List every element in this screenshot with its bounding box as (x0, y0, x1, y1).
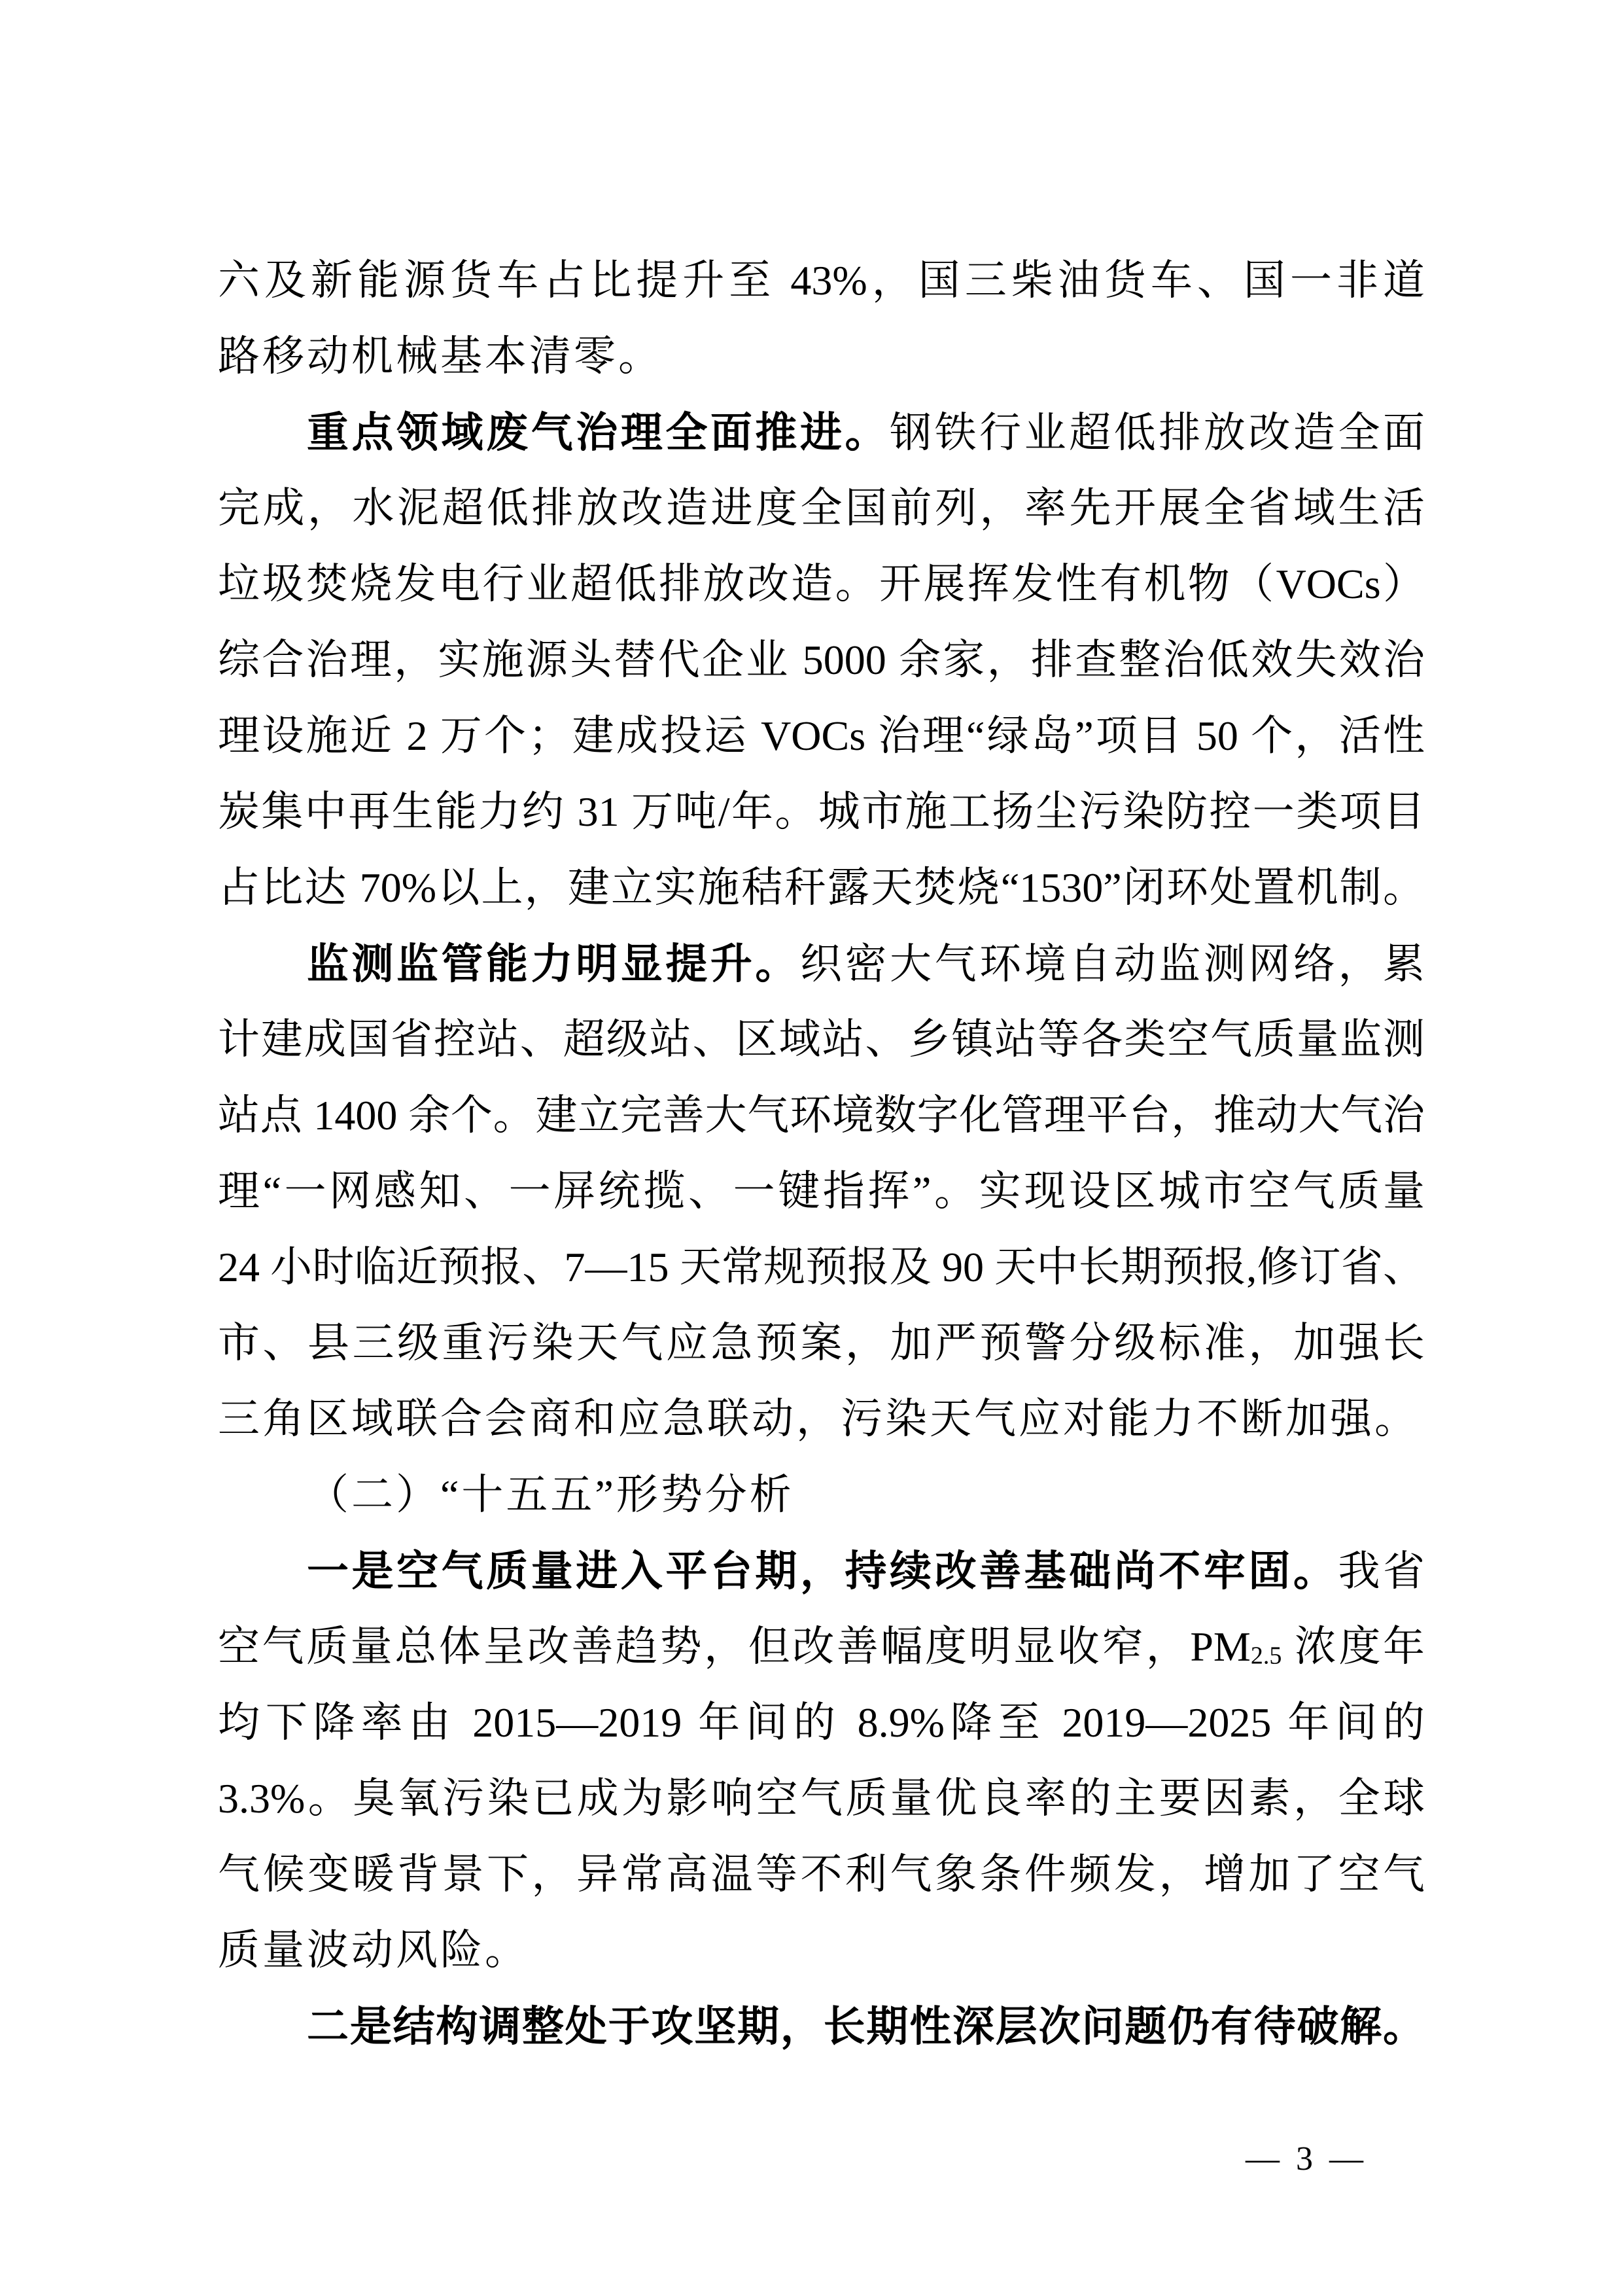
text-segment: 炭集中再生能力约 31 万吨/年。城市施工扬尘污染防控一类项目 (218, 788, 1425, 835)
text-line: 站点 1400 余个。建立完善大气环境数字化管理平台，推动大气治 (218, 1078, 1425, 1154)
text-line: 垃圾焚烧发电行业超低排放改造。开展挥发性有机物（VOCs） (218, 546, 1425, 622)
document-body: 六及新能源货车占比提升至 43%，国三柴油货车、国一非道路移动机械基本清零。重点… (218, 243, 1425, 2064)
text-segment: 市、县三级重污染天气应急预案，加严预警分级标准，加强长 (218, 1320, 1425, 1366)
text-line: 路移动机械基本清零。 (218, 319, 1425, 395)
text-segment: 理设施近 2 万个；建成投运 VOCs 治理“绿岛”项目 50 个，活性 (218, 713, 1425, 759)
text-line: 质量波动风险。 (218, 1913, 1425, 1988)
text-line: 重点领域废气治理全面推进。钢铁行业超低排放改造全面 (218, 395, 1425, 470)
text-segment: 完成，水泥超低排放改造进度全国前列，率先开展全省域生活 (218, 485, 1425, 531)
text-line: 监测监管能力明显提升。织密大气环境自动监测网络，累 (218, 926, 1425, 1002)
text-line: 二是结构调整处于攻坚期，长期性深层次问题仍有待破解。 (218, 1988, 1425, 2064)
text-segment: 站点 1400 余个。建立完善大气环境数字化管理平台，推动大气治 (218, 1092, 1425, 1139)
text-line: 均下降率由 2015—2019 年间的 8.9%降至 2019—2025 年间的 (218, 1685, 1425, 1761)
text-line: 计建成国省控站、超级站、区域站、乡镇站等各类空气质量监测 (218, 1002, 1425, 1078)
text-line: 占比达 70%以上，建立实施秸秆露天焚烧“1530”闭环处置机制。 (218, 850, 1425, 926)
text-line: 完成，水泥超低排放改造进度全国前列，率先开展全省域生活 (218, 470, 1425, 546)
text-segment: 一是空气质量进入平台期，持续改善基础尚不牢固。 (307, 1547, 1338, 1595)
text-segment: 24 小时临近预报、7—15 天常规预报及 90 天中长期预报,修订省、 (218, 1244, 1425, 1290)
text-segment: 路移动机械基本清零。 (218, 333, 663, 380)
text-segment: 占比达 70%以上，建立实施秸秆露天焚烧“1530”闭环处置机制。 (218, 864, 1425, 911)
text-segment: 理“一网感知、一屏统揽、一键指挥”。实现设区城市空气质量 (218, 1168, 1425, 1214)
text-segment: 钢铁行业超低排放改造全面 (890, 410, 1425, 456)
text-segment: 浓度年 (1282, 1623, 1425, 1670)
text-segment: 综合治理，实施源头替代企业 5000 余家，排查整治低效失效治 (218, 637, 1425, 683)
text-segment: 重点领域废气治理全面推进。 (307, 409, 890, 456)
text-segment: 空气质量总体呈改善趋势，但改善幅度明显收窄，PM (218, 1623, 1251, 1670)
text-segment: 气候变暖背景下，异常高温等不利气象条件频发，增加了空气 (218, 1851, 1425, 1898)
text-line: 三角区域联合会商和应急联动，污染天气应对能力不断加强。 (218, 1381, 1425, 1457)
text-segment: （二）“十五五”形势分析 (307, 1472, 794, 1518)
text-segment: 2.5 (1251, 1642, 1282, 1670)
document-page: 六及新能源货车占比提升至 43%，国三柴油货车、国一非道路移动机械基本清零。重点… (0, 0, 1623, 2296)
text-segment: 监测监管能力明显提升。 (307, 940, 800, 987)
text-line: 理“一网感知、一屏统揽、一键指挥”。实现设区城市空气质量 (218, 1154, 1425, 1229)
text-segment: 六及新能源货车占比提升至 43%，国三柴油货车、国一非道 (218, 257, 1425, 304)
text-segment: 织密大气环境自动监测网络，累 (800, 941, 1425, 987)
text-line: （二）“十五五”形势分析 (218, 1457, 1425, 1533)
text-segment: 质量波动风险。 (218, 1927, 529, 1973)
text-line: 24 小时临近预报、7—15 天常规预报及 90 天中长期预报,修订省、 (218, 1229, 1425, 1305)
text-line: 炭集中再生能力约 31 万吨/年。城市施工扬尘污染防控一类项目 (218, 774, 1425, 850)
text-line: 一是空气质量进入平台期，持续改善基础尚不牢固。我省 (218, 1533, 1425, 1609)
text-line: 六及新能源货车占比提升至 43%，国三柴油货车、国一非道 (218, 243, 1425, 319)
text-segment: 计建成国省控站、超级站、区域站、乡镇站等各类空气质量监测 (218, 1016, 1425, 1063)
text-segment: 我省 (1338, 1548, 1425, 1595)
text-line: 综合治理，实施源头替代企业 5000 余家，排查整治低效失效治 (218, 622, 1425, 698)
text-segment: 二是结构调整处于攻坚期，长期性深层次问题仍有待破解。 (307, 2003, 1425, 2050)
text-line: 空气质量总体呈改善趋势，但改善幅度明显收窄，PM2.5 浓度年 (218, 1609, 1425, 1685)
text-line: 市、县三级重污染天气应急预案，加严预警分级标准，加强长 (218, 1305, 1425, 1381)
text-segment: 垃圾焚烧发电行业超低排放改造。开展挥发性有机物（VOCs） (218, 561, 1425, 607)
text-segment: 3.3%。臭氧污染已成为影响空气质量优良率的主要因素，全球 (218, 1775, 1425, 1822)
text-line: 气候变暖背景下，异常高温等不利气象条件频发，增加了空气 (218, 1837, 1425, 1913)
page-number: — 3 — (1246, 2138, 1367, 2180)
text-line: 理设施近 2 万个；建成投运 VOCs 治理“绿岛”项目 50 个，活性 (218, 698, 1425, 774)
text-segment: 均下降率由 2015—2019 年间的 8.9%降至 2019—2025 年间的 (218, 1699, 1425, 1746)
text-segment: 三角区域联合会商和应急联动，污染天气应对能力不断加强。 (218, 1396, 1419, 1442)
text-line: 3.3%。臭氧污染已成为影响空气质量优良率的主要因素，全球 (218, 1761, 1425, 1837)
